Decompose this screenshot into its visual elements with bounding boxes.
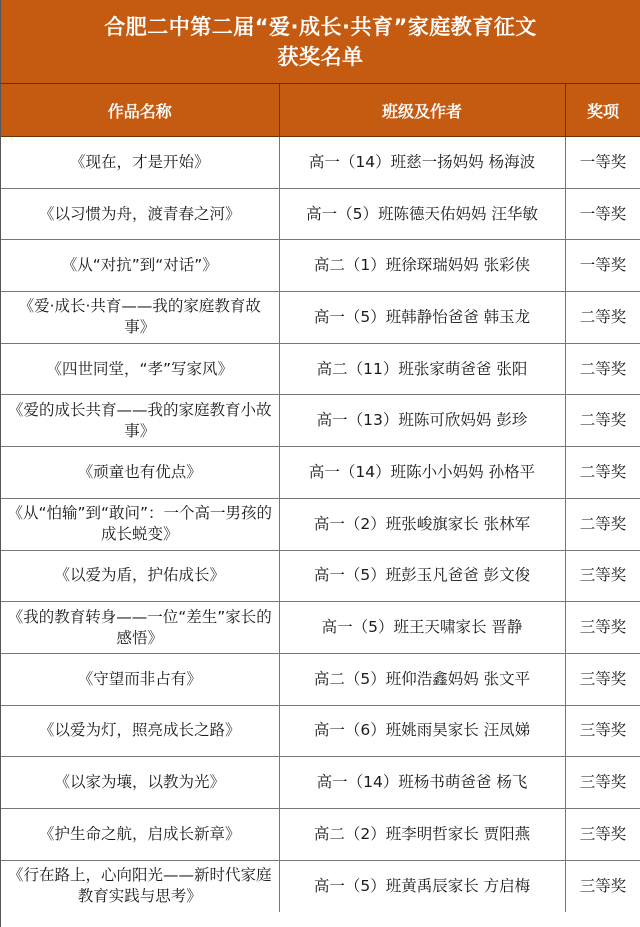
table-row: 《从“对抗”到“对话”》高二（1）班徐琛瑞妈妈 张彩侠一等奖 (1, 240, 640, 292)
column-header-author: 班级及作者 (279, 84, 565, 137)
class-author-cell: 高一（6）班姚雨昊家长 汪凤娣 (279, 705, 565, 757)
title-banner: 合肥二中第二届“爱·成长·共育”家庭教育征文 获奖名单 (1, 0, 640, 84)
table-row: 《现在，才是开始》高一（14）班慈一扬妈妈 杨海波一等奖 (1, 137, 640, 189)
work-title-cell: 《守望而非占有》 (1, 653, 279, 705)
table-row: 《守望而非占有》高二（5）班仰浩鑫妈妈 张文平三等奖 (1, 653, 640, 705)
class-author-cell: 高一（13）班陈可欣妈妈 彭珍 (279, 395, 565, 447)
table-row: 《我的教育转身——一位“差生”家长的感悟》高一（5）班王天啸家长 晋静三等奖 (1, 602, 640, 654)
award-cell: 三等奖 (565, 757, 640, 809)
class-author-cell: 高一（14）班杨书萌爸爸 杨飞 (279, 757, 565, 809)
class-author-cell: 高二（11）班张家萌爸爸 张阳 (279, 343, 565, 395)
work-title-cell: 《从“对抗”到“对话”》 (1, 240, 279, 292)
award-cell: 三等奖 (565, 705, 640, 757)
table-header-row: 作品名称 班级及作者 奖项 (1, 84, 640, 137)
class-author-cell: 高二（1）班徐琛瑞妈妈 张彩侠 (279, 240, 565, 292)
table-row: 《以爱为灯，照亮成长之路》高一（6）班姚雨昊家长 汪凤娣三等奖 (1, 705, 640, 757)
award-cell: 三等奖 (565, 550, 640, 602)
class-author-cell: 高二（5）班仰浩鑫妈妈 张文平 (279, 653, 565, 705)
work-title-cell: 《以习惯为舟，渡青春之河》 (1, 188, 279, 240)
award-cell: 一等奖 (565, 188, 640, 240)
award-cell: 二等奖 (565, 498, 640, 550)
column-header-title: 作品名称 (1, 84, 279, 137)
page-subtitle: 获奖名单 (278, 42, 364, 72)
award-cell: 二等奖 (565, 395, 640, 447)
class-author-cell: 高一（14）班慈一扬妈妈 杨海波 (279, 137, 565, 189)
work-title-cell: 《以家为壤，以教为光》 (1, 757, 279, 809)
work-title-cell: 《爱的成长共育——我的家庭教育小故事》 (1, 395, 279, 447)
table-row: 《以习惯为舟，渡青春之河》高一（5）班陈德天佑妈妈 汪华敏一等奖 (1, 188, 640, 240)
class-author-cell: 高一（5）班王天啸家长 晋静 (279, 602, 565, 654)
award-cell: 一等奖 (565, 240, 640, 292)
work-title-cell: 《顽童也有优点》 (1, 447, 279, 499)
award-cell: 二等奖 (565, 447, 640, 499)
award-cell: 三等奖 (565, 653, 640, 705)
work-title-cell: 《现在，才是开始》 (1, 137, 279, 189)
class-author-cell: 高一（2）班张峻旗家长 张林军 (279, 498, 565, 550)
award-cell: 三等奖 (565, 860, 640, 912)
table-row: 《顽童也有优点》高一（14）班陈小小妈妈 孙格平二等奖 (1, 447, 640, 499)
class-author-cell: 高一（5）班陈德天佑妈妈 汪华敏 (279, 188, 565, 240)
table-row: 《四世同堂，“孝”写家风》高二（11）班张家萌爸爸 张阳二等奖 (1, 343, 640, 395)
page-title: 合肥二中第二届“爱·成长·共育”家庭教育征文 (104, 12, 537, 42)
award-table: 作品名称 班级及作者 奖项 《现在，才是开始》高一（14）班慈一扬妈妈 杨海波一… (1, 84, 640, 912)
table-row: 《以家为壤，以教为光》高一（14）班杨书萌爸爸 杨飞三等奖 (1, 757, 640, 809)
class-author-cell: 高一（5）班彭玉凡爸爸 彭文俊 (279, 550, 565, 602)
work-title-cell: 《我的教育转身——一位“差生”家长的感悟》 (1, 602, 279, 654)
table-row: 《爱的成长共育——我的家庭教育小故事》高一（13）班陈可欣妈妈 彭珍二等奖 (1, 395, 640, 447)
class-author-cell: 高一（14）班陈小小妈妈 孙格平 (279, 447, 565, 499)
work-title-cell: 《从“怕输”到“敢问”：一个高一男孩的成长蜕变》 (1, 498, 279, 550)
class-author-cell: 高一（5）班韩静怡爸爸 韩玉龙 (279, 292, 565, 344)
award-cell: 一等奖 (565, 137, 640, 189)
award-cell: 二等奖 (565, 292, 640, 344)
work-title-cell: 《爱·成长·共育——我的家庭教育故事》 (1, 292, 279, 344)
table-row: 《护生命之航，启成长新章》高二（2）班李明哲家长 贾阳燕三等奖 (1, 808, 640, 860)
work-title-cell: 《以爱为盾，护佑成长》 (1, 550, 279, 602)
award-list-sheet: 合肥二中第二届“爱·成长·共育”家庭教育征文 获奖名单 作品名称 班级及作者 奖… (0, 0, 640, 927)
class-author-cell: 高二（2）班李明哲家长 贾阳燕 (279, 808, 565, 860)
table-row: 《以爱为盾，护佑成长》高一（5）班彭玉凡爸爸 彭文俊三等奖 (1, 550, 640, 602)
table-row: 《爱·成长·共育——我的家庭教育故事》高一（5）班韩静怡爸爸 韩玉龙二等奖 (1, 292, 640, 344)
table-row: 《从“怕输”到“敢问”：一个高一男孩的成长蜕变》高一（2）班张峻旗家长 张林军二… (1, 498, 640, 550)
work-title-cell: 《行在路上，心向阳光——新时代家庭教育实践与思考》 (1, 860, 279, 912)
class-author-cell: 高一（5）班黄禹辰家长 方启梅 (279, 860, 565, 912)
work-title-cell: 《以爱为灯，照亮成长之路》 (1, 705, 279, 757)
column-header-award: 奖项 (565, 84, 640, 137)
work-title-cell: 《四世同堂，“孝”写家风》 (1, 343, 279, 395)
award-cell: 三等奖 (565, 808, 640, 860)
work-title-cell: 《护生命之航，启成长新章》 (1, 808, 279, 860)
award-cell: 三等奖 (565, 602, 640, 654)
award-cell: 二等奖 (565, 343, 640, 395)
table-row: 《行在路上，心向阳光——新时代家庭教育实践与思考》高一（5）班黄禹辰家长 方启梅… (1, 860, 640, 912)
